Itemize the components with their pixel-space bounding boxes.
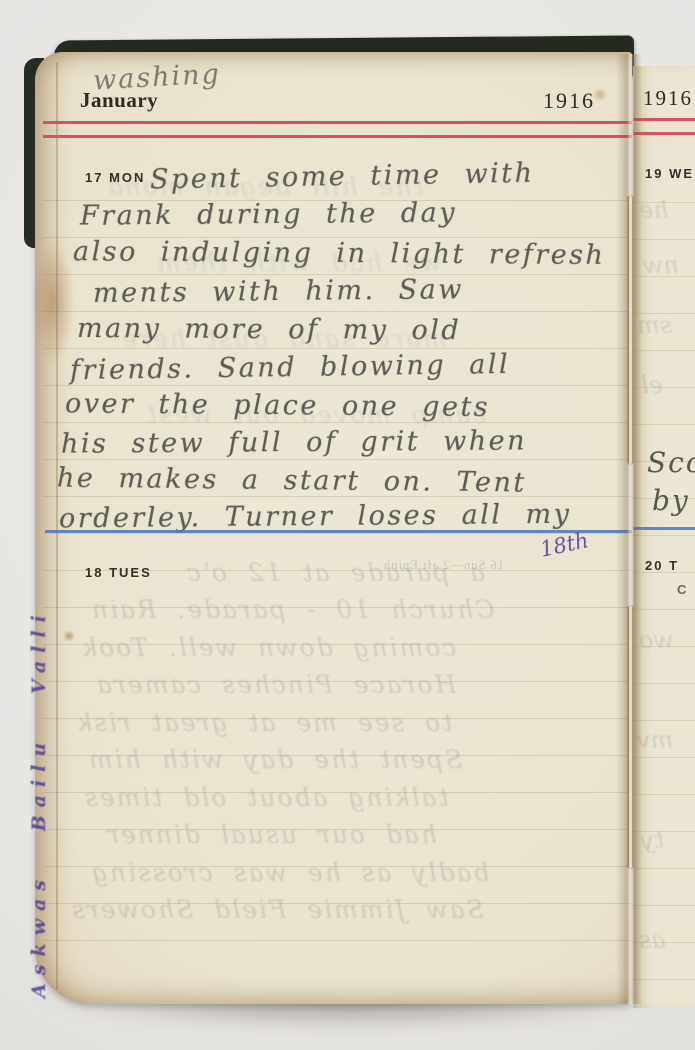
diary-line: he makes a start on. Tent	[57, 463, 527, 499]
stain	[31, 237, 75, 367]
month-title: January	[80, 88, 158, 113]
diary-line: Spent some time with	[150, 158, 535, 196]
red-double-rule	[43, 121, 632, 138]
bleed-through-fragment: as	[639, 926, 666, 954]
bleed-through-fragment: nw	[643, 251, 679, 279]
blue-rule	[45, 530, 632, 533]
diary-line: many more of my old	[77, 313, 461, 346]
bleed-through-fragment: ty	[641, 826, 664, 854]
facing-page-january-19-20: 1916 19 WE he nw sm el wo mv ty as Sco b…	[633, 66, 695, 1008]
print-mark-c: C	[677, 582, 686, 597]
diary-line: friends. Sand blowing all	[70, 349, 510, 386]
bleed-through-fragment: el	[641, 371, 663, 399]
pencil-fragment-by: by	[652, 484, 690, 517]
bleed-through-fragment: mv	[637, 726, 673, 754]
diary-line: over the place one gets	[65, 388, 490, 423]
bleed-through-line: talking about old times	[83, 783, 449, 812]
bleed-through-line: Spent the day with him	[87, 745, 462, 774]
bleed-through-line: Horace Pinches camera	[95, 670, 456, 699]
diary-line: Frank during the day	[80, 197, 457, 231]
date-label-17-mon: 17 MON	[85, 170, 145, 185]
diary-line: orderley. Turner loses all my	[59, 499, 572, 534]
diary-line: also indulging in light refresh	[73, 236, 606, 271]
bleed-through-line: badly as he was crossing	[90, 858, 489, 887]
diary-line: ments with him. Saw	[93, 274, 464, 309]
bleed-through-line: coming down well. Took	[80, 633, 456, 662]
bleed-through-line: had our usual dinner	[105, 820, 437, 849]
year-left-page: 1916	[543, 88, 595, 114]
date-label-19-wed: 19 WE	[645, 166, 694, 181]
bleed-through-line: Saw Jimmie Field Showers	[70, 895, 484, 924]
page-edge-line	[56, 62, 58, 990]
pencil-fragment-sco: Sco	[647, 446, 695, 479]
date-label-18-tues: 18 TUES	[85, 565, 152, 580]
binding-staple	[629, 196, 632, 464]
year-right-page: 1916	[643, 86, 693, 111]
stain	[63, 630, 75, 642]
page-edge-text: Askwas Bailu Valli	[28, 468, 50, 998]
red-double-rule	[633, 118, 695, 135]
diary-page-january-17-18: the hill began mond we had with them mor…	[35, 52, 632, 1004]
bleed-through-fragment: he	[639, 196, 669, 224]
bleed-through-fragment: sm	[637, 311, 672, 339]
binding-staple	[629, 606, 632, 868]
purple-date-annotation: 18th	[538, 528, 591, 562]
date-label-20-thu: 20 T	[645, 558, 679, 573]
diary-line: his stew full of grit when	[61, 425, 527, 459]
bleed-through-fragment: wo	[639, 626, 674, 654]
blue-rule	[633, 527, 695, 530]
bleed-through-line: to see me at great risk	[75, 708, 452, 737]
bleed-through-line: a parade at 12 o'c	[185, 558, 485, 587]
diary-photo: the hill began mond we had with them mor…	[0, 0, 695, 1050]
bleed-through-line: Church 10 - parade. Rain	[90, 595, 494, 624]
